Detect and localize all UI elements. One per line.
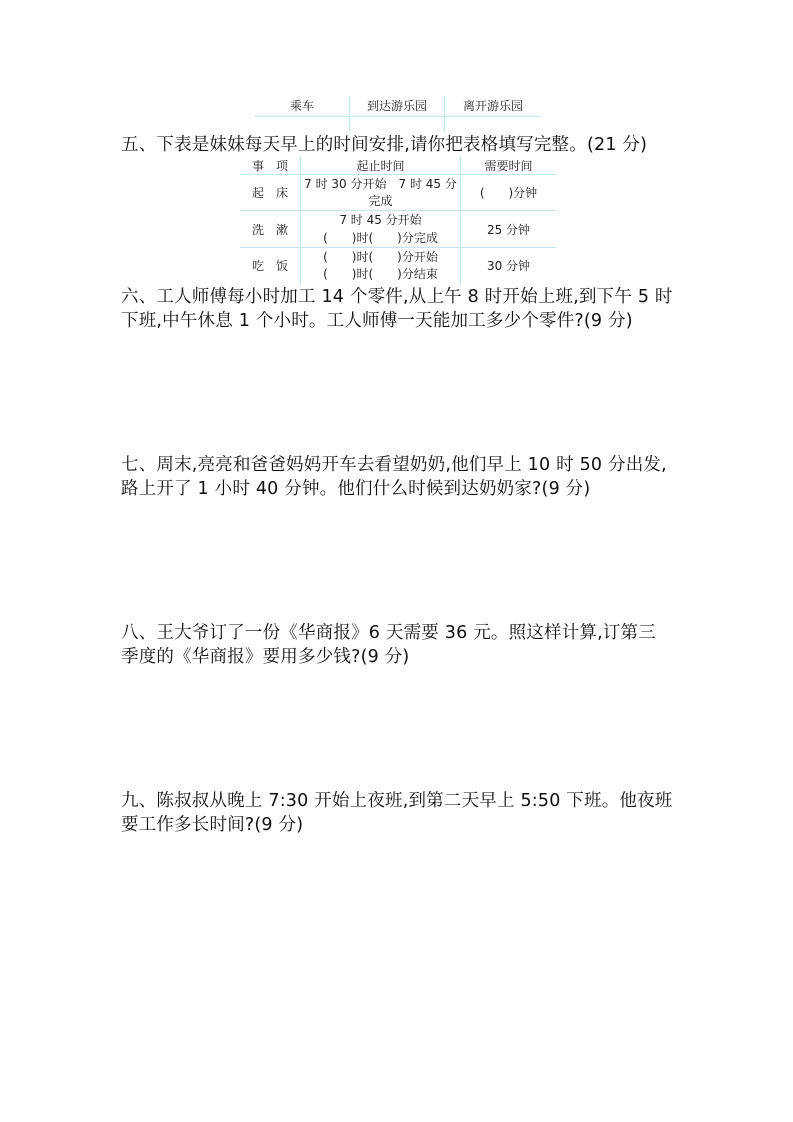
question-9-line-2: 要工作多长时间?(9 分) (121, 813, 681, 837)
table-divider (240, 247, 556, 248)
row-item: 起 床 (240, 185, 300, 201)
row-item: 洗 漱 (240, 222, 300, 238)
row-time-line-2: 完成 (301, 193, 460, 209)
row-time-line-1: 7 时 45 分开始 (301, 212, 460, 228)
row-time-line-2: ( )时( )分结束 (301, 266, 460, 282)
row-duration: 25 分钟 (461, 222, 556, 238)
row-duration-blank: ( )分钟 (461, 185, 556, 201)
table-header-item: 事 项 (240, 158, 300, 174)
table-header-duration: 需要时间 (461, 158, 556, 174)
question-5-title: 五、下表是妹妹每天早上的时间安排,请你把表格填写完整。(21 分) (121, 133, 681, 157)
row-time-line-1: 7 时 30 分开始 7 时 45 分 (301, 176, 460, 192)
question-8-line-1: 八、王大爷订了一份《华商报》6 天需要 36 元。照这样计算,订第三 (121, 621, 681, 645)
row-time-line-1: ( )时( )分开始 (301, 249, 460, 265)
table-divider (240, 174, 556, 175)
table-header-time-range: 起止时间 (301, 158, 460, 174)
fragment-divider (349, 96, 350, 132)
question-7-line-1: 七、周末,亮亮和爸爸妈妈开车去看望奶奶,他们早上 10 时 50 分出发, (121, 453, 681, 477)
row-duration: 30 分钟 (461, 258, 556, 274)
question-8-line-2: 季度的《华商报》要用多少钱?(9 分) (121, 645, 681, 669)
question-6-line-1: 六、工人师傅每小时加工 14 个零件,从上午 8 时开始上班,到下午 5 时 (121, 285, 681, 309)
fragment-header-arrive: 到达游乐园 (350, 96, 444, 116)
fragment-header-leave: 离开游乐园 (445, 96, 541, 116)
row-item: 吃 饭 (240, 258, 300, 274)
row-time-line-2: ( )时( )分完成 (301, 230, 460, 246)
table-divider (240, 210, 556, 211)
fragment-divider (255, 116, 541, 117)
fragment-divider (444, 96, 445, 132)
fragment-header-ride: 乘车 (255, 96, 349, 116)
question-6-line-2: 下班,中午休息 1 个小时。工人师傅一天能加工多少个零件?(9 分) (121, 309, 681, 333)
question-9-line-1: 九、陈叔叔从晚上 7:30 开始上夜班,到第二天早上 5:50 下班。他夜班 (121, 789, 681, 813)
question-7-line-2: 路上开了 1 小时 40 分钟。他们什么时候到达奶奶家?(9 分) (121, 477, 681, 501)
